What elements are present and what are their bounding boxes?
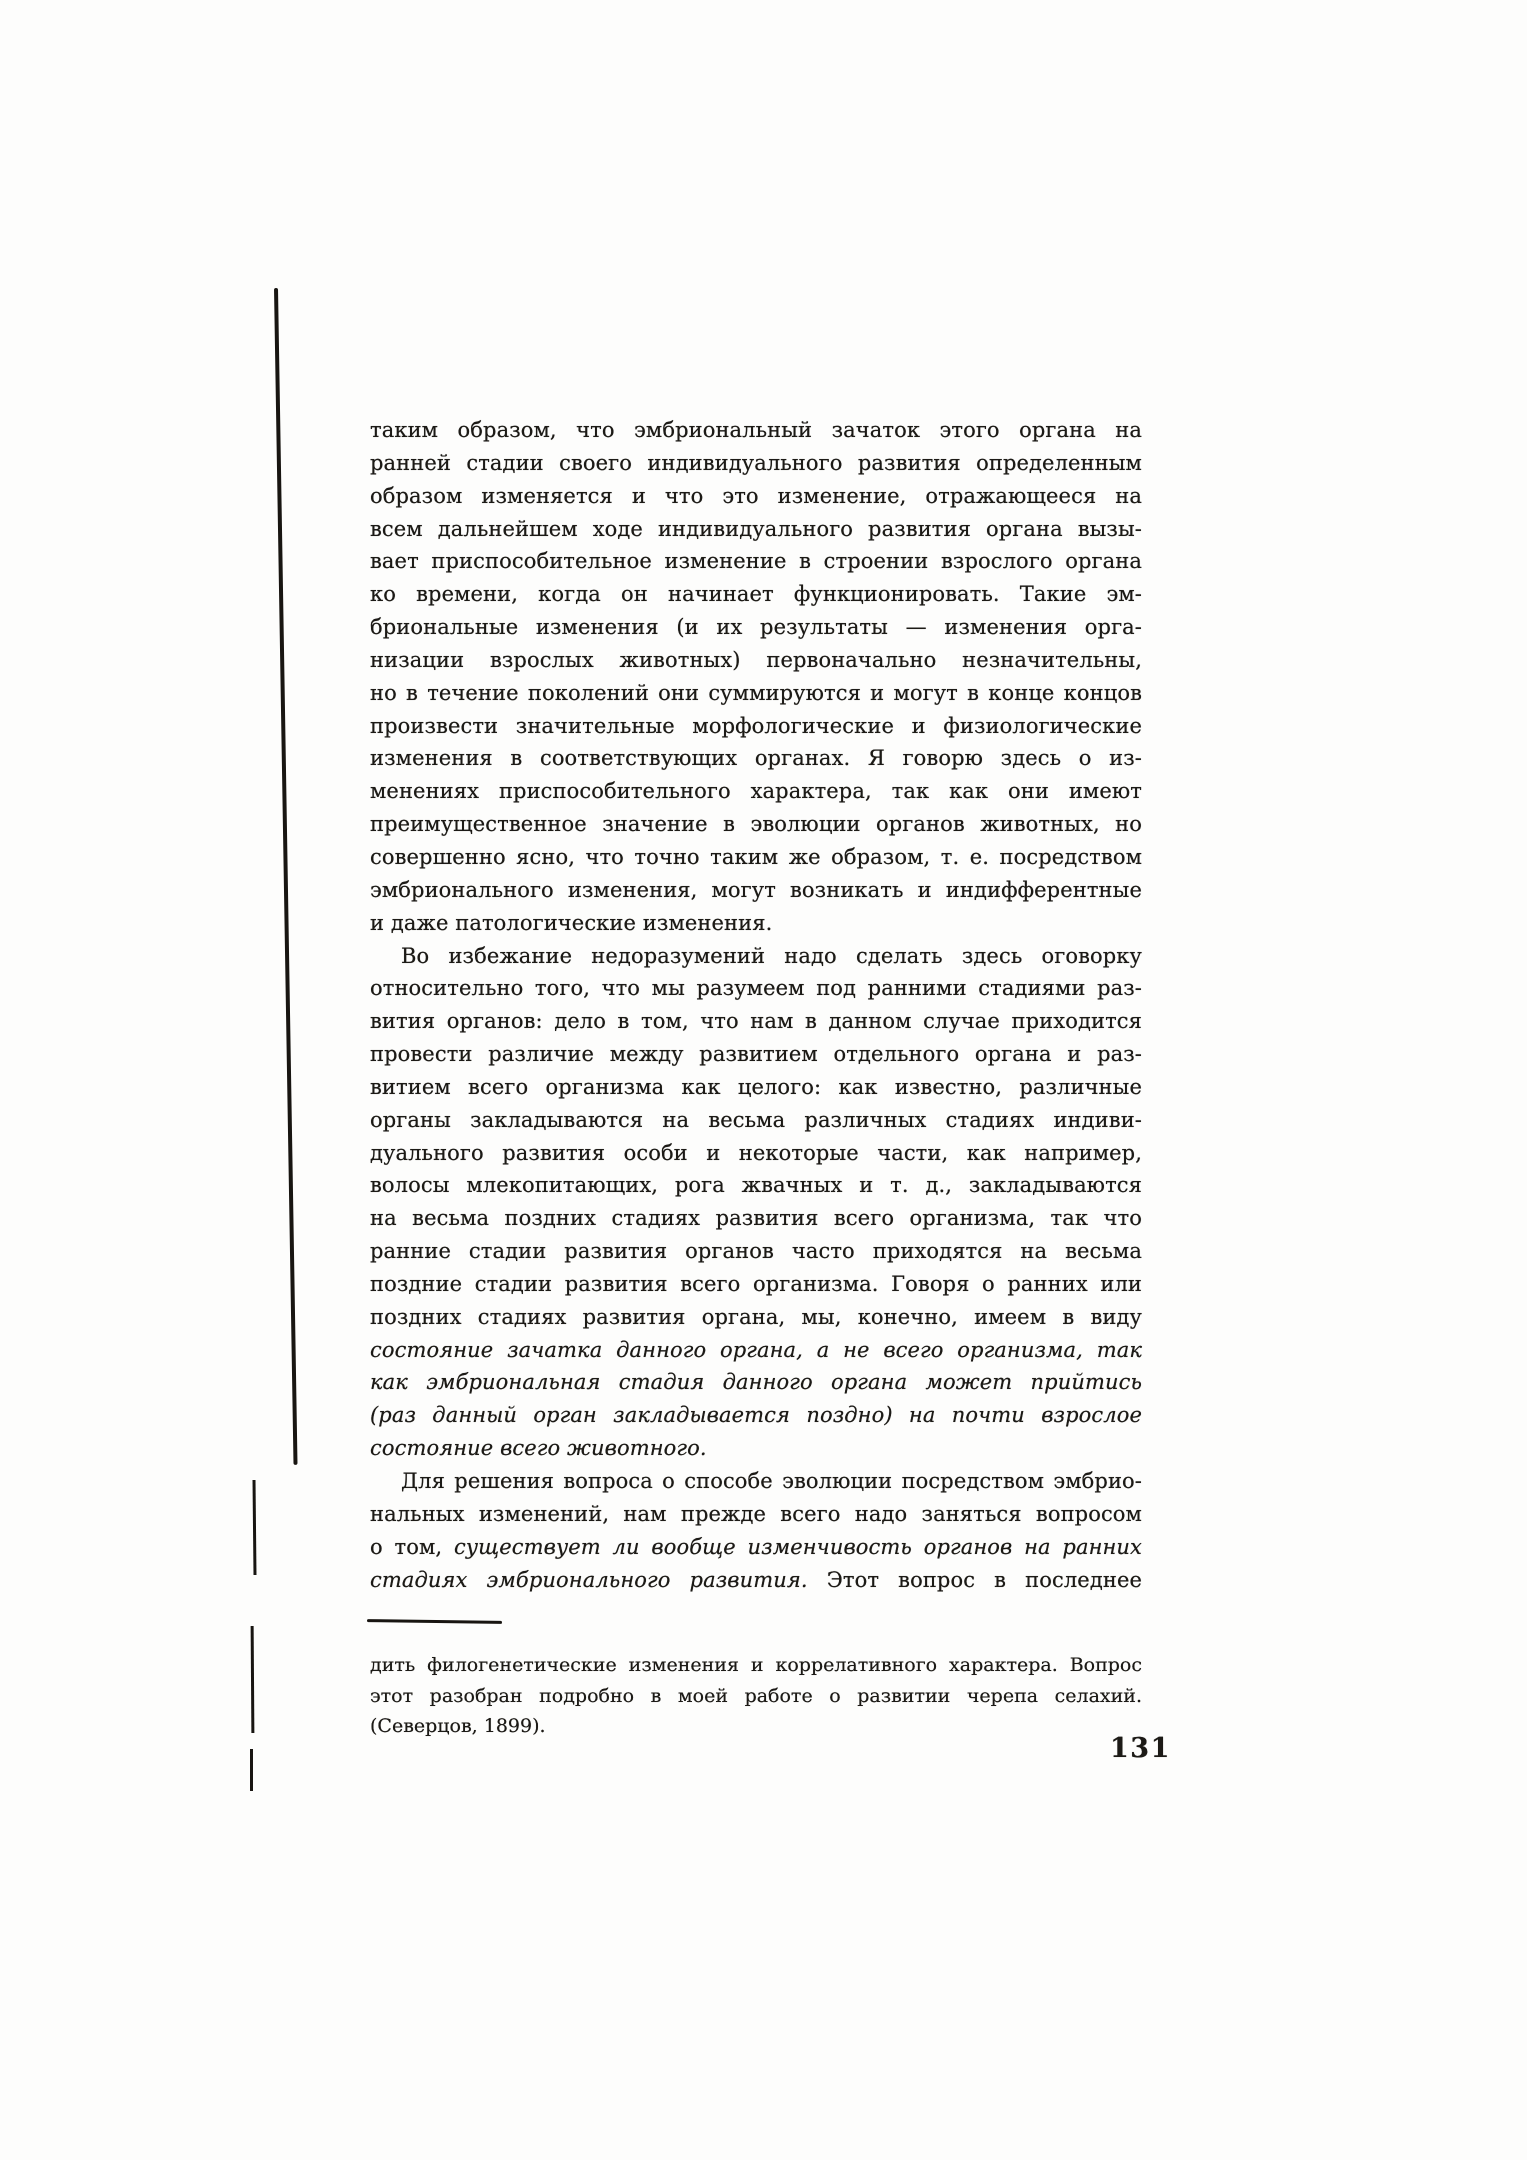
text-line: этот разобран подробно в моей работе о р… xyxy=(370,1681,1142,1712)
text-line: низации взрослых животных) первоначально… xyxy=(370,644,1142,677)
text-segment: образом изменяется и что это изменение, … xyxy=(370,484,1142,508)
text-line: поздние стадии развития всего организма.… xyxy=(370,1268,1142,1301)
text-line: нальных изменений, нам прежде всего надо… xyxy=(370,1498,1142,1531)
paragraph: таким образом, что эмбриональный зачаток… xyxy=(370,414,1142,940)
text-line: вает приспособительное изменение в строе… xyxy=(370,545,1142,578)
text-segment: Для решения вопроса о способе эволюции п… xyxy=(401,1469,1142,1493)
text-line: таким образом, что эмбриональный зачаток… xyxy=(370,414,1142,447)
italic-text-segment: как эмбриональная стадия данного органа … xyxy=(370,1370,1142,1394)
text-line: ранние стадии развития органов часто при… xyxy=(370,1235,1142,1268)
text-line: состояние всего животного. xyxy=(370,1432,1142,1465)
text-line: (Северцов, 1899). xyxy=(370,1711,1142,1742)
text-segment: поздних стадиях развития органа, мы, кон… xyxy=(370,1305,1142,1329)
text-line: органы закладываются на весьма различных… xyxy=(370,1104,1142,1137)
text-segment: но в течение поколений они суммируются и… xyxy=(370,681,1142,705)
text-segment: Во избежание недоразумений надо сделать … xyxy=(401,944,1142,968)
text-segment: изменения в соответствующих органах. Я г… xyxy=(370,746,1142,770)
text-segment: совершенно ясно, что точно таким же обра… xyxy=(370,845,1142,869)
left-margin-line xyxy=(250,1749,253,1791)
paragraph: Во избежание недоразумений надо сделать … xyxy=(370,940,1142,1466)
text-line: состояние зачатка данного органа, а не в… xyxy=(370,1334,1142,1367)
text-segment: вает приспособительное изменение в строе… xyxy=(370,549,1142,573)
text-segment: эмбрионального изменения, могут возникат… xyxy=(370,878,1142,902)
text-segment: Этот вопрос в последнее xyxy=(808,1568,1142,1592)
text-segment: на весьма поздних стадиях развития всего… xyxy=(370,1206,1142,1230)
text-line: преимущественное значение в эволюции орг… xyxy=(370,808,1142,841)
text-line: витием всего организма как целого: как и… xyxy=(370,1071,1142,1104)
text-line: и даже патологические изменения. xyxy=(370,907,1142,940)
text-line: бриональные изменения (и их результаты —… xyxy=(370,611,1142,644)
text-line: всем дальнейшем ходе индивидуального раз… xyxy=(370,513,1142,546)
page-number: 131 xyxy=(1110,1733,1171,1764)
text-line: образом изменяется и что это изменение, … xyxy=(370,480,1142,513)
text-line: дуального развития особи и некоторые час… xyxy=(370,1137,1142,1170)
paragraph: Для решения вопроса о способе эволюции п… xyxy=(370,1465,1142,1596)
text-segment: этот разобран подробно в моей работе о р… xyxy=(370,1685,1142,1707)
body-text: таким образом, что эмбриональный зачаток… xyxy=(370,414,1142,1596)
text-segment: поздние стадии развития всего организма.… xyxy=(370,1272,1142,1296)
left-margin-line xyxy=(251,1626,255,1733)
text-line: как эмбриональная стадия данного органа … xyxy=(370,1366,1142,1399)
text-line: изменения в соответствующих органах. Я г… xyxy=(370,742,1142,775)
text-line: Во избежание недоразумений надо сделать … xyxy=(370,940,1142,973)
italic-text-segment: существует ли вообще изменчивость органо… xyxy=(454,1535,1142,1559)
text-line: вития органов: дело в том, что нам в дан… xyxy=(370,1005,1142,1038)
footnote: дить филогенетические изменения и коррел… xyxy=(370,1650,1142,1742)
text-line: ко времени, когда он начинает функционир… xyxy=(370,578,1142,611)
text-segment: произвести значительные морфологические … xyxy=(370,714,1142,738)
text-line: Для решения вопроса о способе эволюции п… xyxy=(370,1465,1142,1498)
text-line: (раз данный орган закладывается поздно) … xyxy=(370,1399,1142,1432)
text-segment: бриональные изменения (и их результаты —… xyxy=(370,615,1142,639)
text-line: относительно того, что мы разумеем под р… xyxy=(370,972,1142,1005)
text-segment: (Северцов, 1899). xyxy=(370,1715,546,1737)
text-line: дить филогенетические изменения и коррел… xyxy=(370,1650,1142,1681)
text-segment: витием всего организма как целого: как и… xyxy=(370,1075,1142,1099)
italic-text-segment: (раз данный орган закладывается поздно) … xyxy=(370,1403,1142,1427)
text-segment: менениях приспособительного характера, т… xyxy=(370,779,1142,803)
text-line: поздних стадиях развития органа, мы, кон… xyxy=(370,1301,1142,1334)
text-line: но в течение поколений они суммируются и… xyxy=(370,677,1142,710)
text-line: стадиях эмбрионального развития. Этот во… xyxy=(370,1564,1142,1597)
text-line: волосы млекопитающих, рога жвачных и т. … xyxy=(370,1169,1142,1202)
italic-text-segment: стадиях эмбрионального развития. xyxy=(370,1568,808,1592)
text-segment: волосы млекопитающих, рога жвачных и т. … xyxy=(370,1173,1142,1197)
text-segment: о том, xyxy=(370,1535,454,1559)
text-segment: дить филогенетические изменения и коррел… xyxy=(370,1654,1142,1676)
text-segment: вития органов: дело в том, что нам в дан… xyxy=(370,1009,1142,1033)
text-line: на весьма поздних стадиях развития всего… xyxy=(370,1202,1142,1235)
left-margin-line xyxy=(253,1480,257,1575)
text-line: о том, существует ли вообще изменчивость… xyxy=(370,1531,1142,1564)
text-segment: низации взрослых животных) первоначально… xyxy=(370,648,1142,672)
book-page: таким образом, что эмбриональный зачаток… xyxy=(0,0,1527,2160)
text-segment: дуального развития особи и некоторые час… xyxy=(370,1141,1142,1165)
text-segment: ко времени, когда он начинает функционир… xyxy=(370,582,1142,606)
text-line: ранней стадии своего индивидуального раз… xyxy=(370,447,1142,480)
italic-text-segment: состояние зачатка данного органа, а не в… xyxy=(370,1338,1142,1362)
text-segment: ранние стадии развития органов часто при… xyxy=(370,1239,1142,1263)
text-segment: относительно того, что мы разумеем под р… xyxy=(370,976,1142,1000)
text-segment: таким образом, что эмбриональный зачаток… xyxy=(370,418,1142,442)
text-segment: и даже патологические изменения. xyxy=(370,911,772,935)
text-line: провести различие между развитием отдель… xyxy=(370,1038,1142,1071)
paragraph: дить филогенетические изменения и коррел… xyxy=(370,1650,1142,1742)
footnote-rule xyxy=(367,1619,502,1624)
left-margin-line xyxy=(274,288,298,1465)
text-segment: всем дальнейшем ходе индивидуального раз… xyxy=(370,517,1142,541)
text-segment: провести различие между развитием отдель… xyxy=(370,1042,1142,1066)
text-line: менениях приспособительного характера, т… xyxy=(370,775,1142,808)
text-line: произвести значительные морфологические … xyxy=(370,710,1142,743)
text-segment: преимущественное значение в эволюции орг… xyxy=(370,812,1142,836)
text-segment: органы закладываются на весьма различных… xyxy=(370,1108,1142,1132)
italic-text-segment: состояние всего животного. xyxy=(370,1436,707,1460)
text-segment: нальных изменений, нам прежде всего надо… xyxy=(370,1502,1142,1526)
text-segment: ранней стадии своего индивидуального раз… xyxy=(370,451,1142,475)
text-line: совершенно ясно, что точно таким же обра… xyxy=(370,841,1142,874)
text-line: эмбрионального изменения, могут возникат… xyxy=(370,874,1142,907)
